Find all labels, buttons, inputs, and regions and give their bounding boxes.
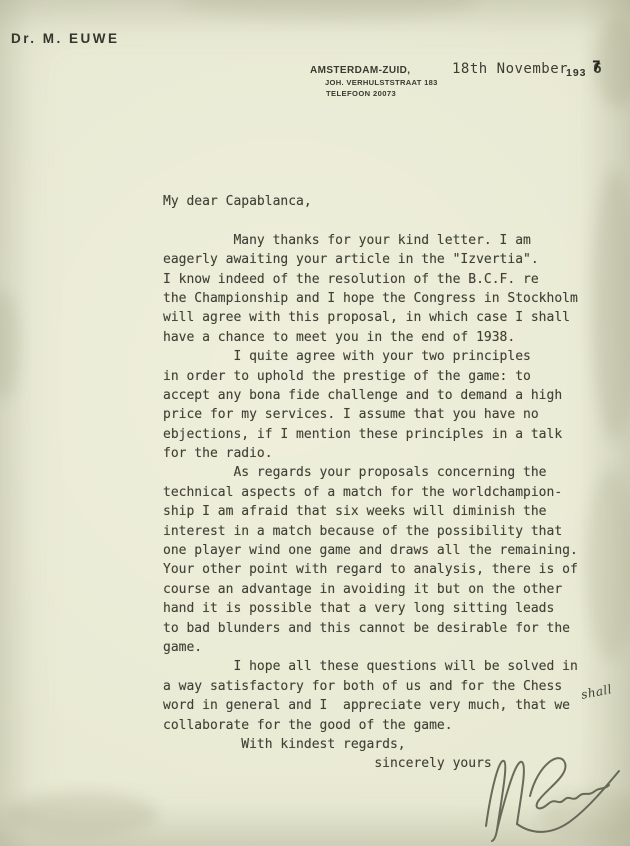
letter-line: in order to uphold the prestige of the g…	[163, 367, 603, 386]
overstruck-year-digit: 7 6	[592, 59, 604, 77]
letter-line: one player wind one game and draws all t…	[163, 541, 603, 560]
letter-line	[163, 211, 603, 230]
letter-line: As regards your proposals concerning the	[163, 463, 603, 482]
letterhead-name: Dr. M. EUWE	[11, 31, 120, 46]
letter-line: a way satisfactory for both of us and fo…	[163, 677, 603, 696]
year-digit-bottom: 6	[593, 61, 602, 77]
letter-line: eagerly awaiting your article in the "Iz…	[163, 250, 603, 269]
letterhead-street: JOH. VERHULSTSTRAAT 183	[325, 78, 438, 87]
letter-line: price for my services. I assume that you…	[163, 405, 603, 424]
letter-line: interest in a match because of the possi…	[163, 522, 603, 541]
letter-line: Many thanks for your kind letter. I am	[163, 231, 603, 250]
letter-line: accept any bona fide challenge and to de…	[163, 386, 603, 405]
letter-line: technical aspects of a match for the wor…	[163, 483, 603, 502]
signature-scrawl	[476, 744, 630, 844]
letter-line: for the radio.	[163, 444, 603, 463]
letter-line: hand it is possible that a very long sit…	[163, 599, 603, 618]
paper-stain	[180, 0, 480, 18]
letter-line: I know indeed of the resolution of the B…	[163, 270, 603, 289]
letter-line: ebjections, if I mention these principle…	[163, 425, 603, 444]
paper-stain	[8, 792, 158, 836]
letter-page: Dr. M. EUWE AMSTERDAM-ZUID, JOH. VERHULS…	[0, 0, 630, 846]
letter-line: I hope all these questions will be solve…	[163, 657, 603, 676]
letter-line: I quite agree with your two principles	[163, 347, 603, 366]
paper-stain	[0, 290, 20, 400]
typed-date: 18th November	[452, 61, 568, 77]
letterhead-telephone: TELEFOON 20073	[326, 89, 438, 98]
letter-line: game.	[163, 638, 603, 657]
letter-body: My dear Capablanca, Many thanks for your…	[163, 192, 603, 774]
letter-line: word in general and I appreciate very mu…	[163, 696, 603, 715]
letter-line: ship I am afraid that six weeks will dim…	[163, 502, 603, 521]
letter-line: the Championship and I hope the Congress…	[163, 289, 603, 308]
printed-year-prefix: 193	[566, 67, 587, 79]
letter-line: course an advantage in avoiding it but o…	[163, 580, 603, 599]
letter-line: collaborate for the good of the game.	[163, 716, 603, 735]
letter-line: have a chance to meet you in the end of …	[163, 328, 603, 347]
letterhead-city: AMSTERDAM-ZUID,	[310, 65, 438, 76]
letter-line: will agree with this proposal, in which …	[163, 308, 603, 327]
letterhead-address-block: AMSTERDAM-ZUID, JOH. VERHULSTSTRAAT 183 …	[310, 65, 438, 98]
letter-line: My dear Capablanca,	[163, 192, 603, 211]
letter-line: to bad blunders and this cannot be desir…	[163, 619, 603, 638]
letter-line: Your other point with regard to analysis…	[163, 560, 603, 579]
